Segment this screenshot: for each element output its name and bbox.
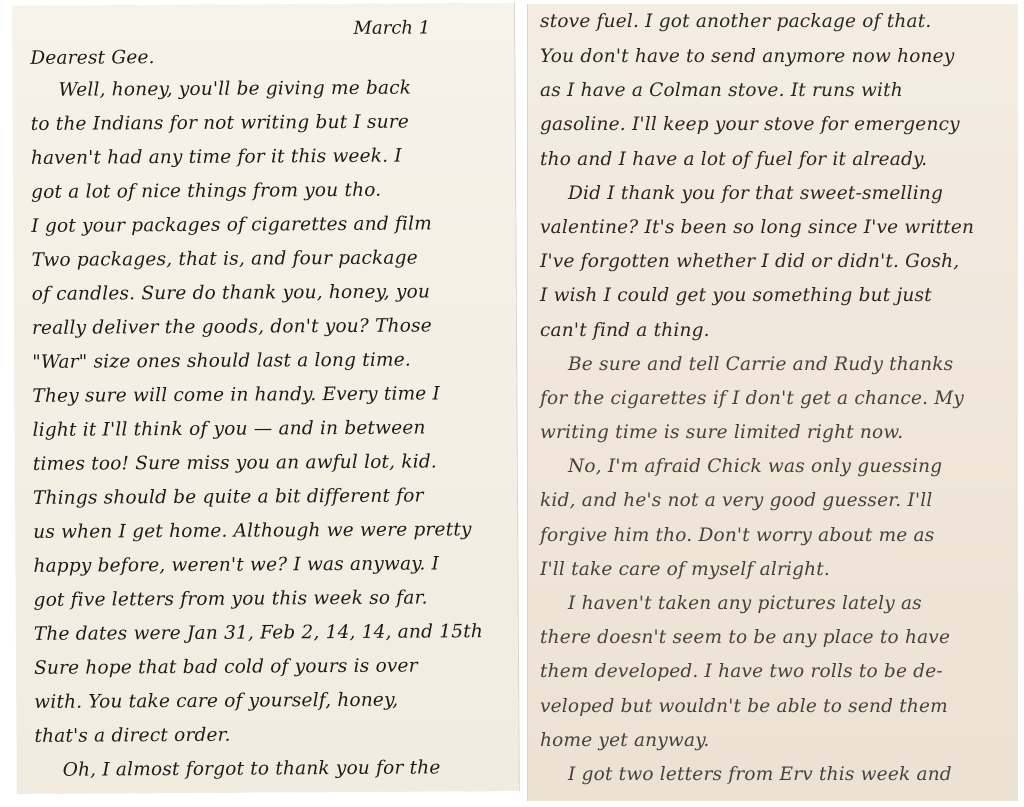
handwritten-line: with. You take care of yourself, honey, xyxy=(34,683,504,720)
handwritten-line: The dates were Jan 31, Feb 2, 14, 14, an… xyxy=(34,615,504,652)
handwritten-line: "War" size ones should last a long time. xyxy=(32,343,502,380)
handwritten-line: Oh, I almost forgot to thank you for the xyxy=(35,751,505,788)
handwritten-line: of candles. Sure do thank you, honey, yo… xyxy=(32,275,502,312)
handwritten-line: Be sure and tell Carrie and Rudy thanks xyxy=(540,348,1006,382)
handwritten-line: got a lot of nice things from you tho. xyxy=(31,173,501,210)
handwritten-line: to the Indians for not writing but I sur… xyxy=(31,105,501,142)
handwritten-line: Two packages, that is, and four package xyxy=(31,241,501,278)
handwritten-line: for the cigarettes if I don't get a chan… xyxy=(540,382,1006,416)
handwritten-line: that's a direct order. xyxy=(34,717,504,754)
letter-scan: March 1 Dearest Gee. Well, honey, you'll… xyxy=(0,0,1024,807)
handwritten-line: can't find a thing. xyxy=(540,314,1006,348)
handwritten-line: stove fuel. I got another package of tha… xyxy=(540,4,1006,40)
handwritten-line: I haven't taken any pictures lately as xyxy=(540,587,1006,621)
handwritten-line: veloped but wouldn't be able to send the… xyxy=(540,690,1006,724)
handwritten-line: valentine? It's been so long since I've … xyxy=(540,211,1006,245)
handwritten-line: They sure will come in handy. Every time… xyxy=(32,377,502,414)
left-page-body: Well, honey, you'll be giving me backto … xyxy=(30,71,504,788)
handwritten-line: there doesn't seem to be any place to ha… xyxy=(540,621,1006,655)
salutation: Dearest Gee. xyxy=(30,41,500,74)
right-page-body: stove fuel. I got another package of tha… xyxy=(540,4,1006,792)
handwritten-line: writing time is sure limited right now. xyxy=(540,416,1006,450)
handwritten-line: You don't have to send anymore now honey xyxy=(540,40,1006,74)
handwritten-line: tho and I have a lot of fuel for it alre… xyxy=(540,143,1006,177)
letter-page-left: March 1 Dearest Gee. Well, honey, you'll… xyxy=(12,3,519,794)
handwritten-line: Well, honey, you'll be giving me back xyxy=(30,71,500,108)
handwritten-line: I've forgotten whether I did or didn't. … xyxy=(540,245,1006,279)
handwritten-line: home yet anyway. xyxy=(540,724,1006,758)
handwritten-line: I got two letters from Erv this week and xyxy=(540,758,1006,792)
letter-page-right: stove fuel. I got another package of tha… xyxy=(528,4,1018,801)
handwritten-line: kid, and he's not a very good guesser. I… xyxy=(540,484,1006,518)
handwritten-line: gasoline. I'll keep your stove for emerg… xyxy=(540,108,1006,142)
handwritten-line: light it I'll think of you — and in betw… xyxy=(32,411,502,448)
handwritten-line: Did I thank you for that sweet-smelling xyxy=(540,177,1006,211)
handwritten-line: I wish I could get you something but jus… xyxy=(540,279,1006,313)
handwritten-line: I'll take care of myself alright. xyxy=(540,553,1006,587)
handwritten-line: Things should be quite a bit different f… xyxy=(33,479,503,516)
handwritten-line: Sure hope that bad cold of yours is over xyxy=(34,649,504,686)
handwritten-line: as I have a Colman stove. It runs with xyxy=(540,74,1006,108)
handwritten-line: times too! Sure miss you an awful lot, k… xyxy=(33,445,503,482)
handwritten-line: I got your packages of cigarettes and fi… xyxy=(31,207,501,244)
handwritten-line: really deliver the goods, don't you? Tho… xyxy=(32,309,502,346)
handwritten-line: got five letters from you this week so f… xyxy=(34,581,504,618)
handwritten-line: happy before, weren't we? I was anyway. … xyxy=(33,547,503,584)
handwritten-line: them developed. I have two rolls to be d… xyxy=(540,655,1006,689)
handwritten-line: No, I'm afraid Chick was only guessing xyxy=(540,450,1006,484)
handwritten-line: us when I get home. Although we were pre… xyxy=(33,513,503,550)
handwritten-line: forgive him tho. Don't worry about me as xyxy=(540,519,1006,553)
letter-date: March 1 xyxy=(30,15,500,44)
handwritten-line: haven't had any time for it this week. I xyxy=(31,139,501,176)
